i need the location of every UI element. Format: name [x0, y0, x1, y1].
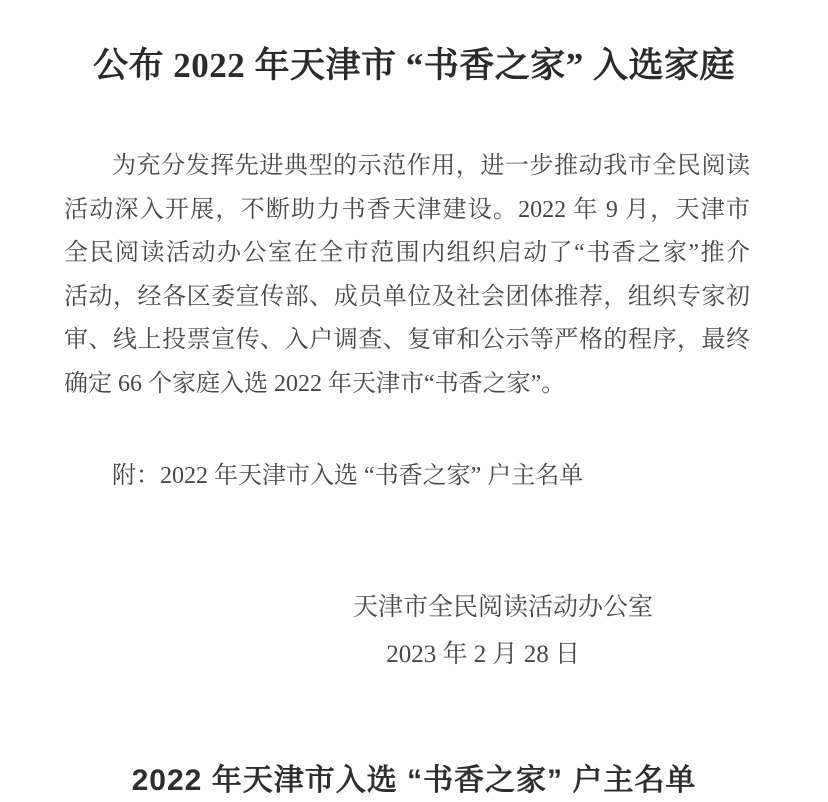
signature-date: 2023 年 2 月 28 日	[386, 637, 580, 673]
body-line: 确定 66 个家庭入选 2022 年天津市“书香之家”。	[64, 363, 750, 407]
body-paragraph: 为充分发挥先进典型的示范作用，进一步推动我市全民阅读 活动深入开展，不断助力书香…	[64, 145, 750, 406]
body-line: 活动，经各区委宣传部、成员单位及社会团体推荐，组织专家初	[64, 276, 750, 320]
body-line: 全民阅读活动办公室在全市范围内组织启动了“书香之家”推介	[64, 232, 750, 276]
document-page: 公布 2022 年天津市 “书香之家” 入选家庭 为充分发挥先进典型的示范作用，…	[0, 0, 828, 802]
attachment-note: 附：2022 年天津市入选 “书香之家” 户主名单	[64, 455, 750, 499]
appendix-title: 2022 年天津市入选 “书香之家” 户主名单	[0, 761, 828, 801]
document-title: 公布 2022 年天津市 “书香之家” 入选家庭	[0, 44, 828, 88]
body-line: 为充分发挥先进典型的示范作用，进一步推动我市全民阅读	[64, 145, 750, 189]
body-line: 活动深入开展，不断助力书香天津建设。2022 年 9 月，天津市	[64, 189, 750, 233]
signature-organization: 天津市全民阅读活动办公室	[353, 590, 653, 626]
body-line: 审、线上投票宣传、入户调查、复审和公示等严格的程序，最终	[64, 319, 750, 363]
